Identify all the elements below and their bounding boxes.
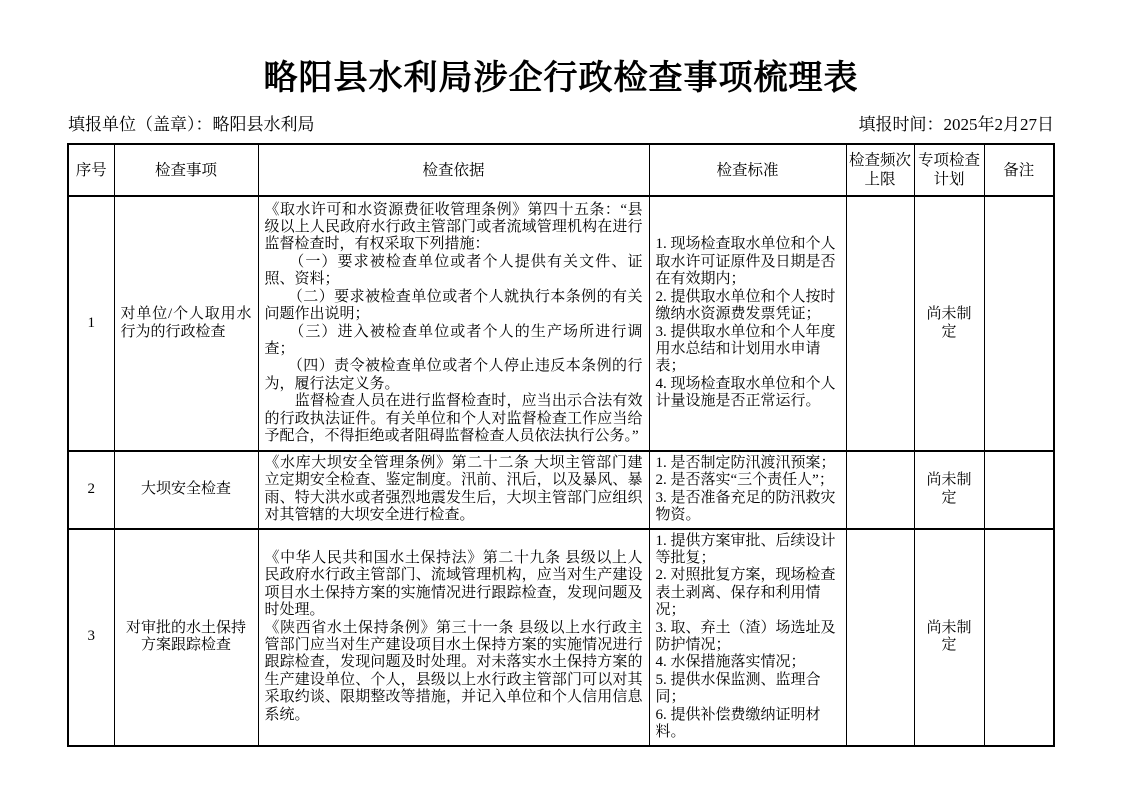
cell-remark [984,196,1054,451]
cell-frequency-limit [846,196,914,451]
col-header-special-plan: 专项检查 计划 [914,144,984,196]
table-header-row: 序号 检查事项 检查依据 检查标准 检查频次 上限 专项检查 计划 备注 [68,144,1054,196]
col-header-inspection-basis: 检查依据 [258,144,649,196]
cell-inspection-item: 对单位/个人取用水行为的行政检查 [114,196,258,451]
cell-remark [984,451,1054,529]
cell-frequency-limit [846,451,914,529]
cell-special-plan: 尚未制定 [914,529,984,746]
meta-row: 填报单位（盖章）：略阳县水利局 填报时间：2025年2月27日 [68,114,1054,136]
reporting-date-label: 填报时间：2025年2月27日 [859,114,1055,136]
cell-inspection-basis: 《取水许可和水资源费征收管理条例》第四十五条：“县级以上人民政府水行政主管部门或… [258,196,649,451]
page-title: 略阳县水利局涉企行政检查事项梳理表 [0,58,1122,100]
table-row: 1 对单位/个人取用水行为的行政检查 《取水许可和水资源费征收管理条例》第四十五… [68,196,1054,451]
table-row: 2 大坝安全检查 《水库大坝安全管理条例》第二十二条 大坝主管部门建立定期安全检… [68,451,1054,529]
cell-inspection-standard: 1. 提供方案审批、后续设计等批复； 2. 对照批复方案，现场检查表土剥离、保存… [649,529,846,746]
cell-inspection-item: 对审批的水土保持方案跟踪检查 [114,529,258,746]
col-header-seq: 序号 [68,144,114,196]
cell-seq: 2 [68,451,114,529]
cell-remark [984,529,1054,746]
table-row: 3 对审批的水土保持方案跟踪检查 《中华人民共和国水土保持法》第二十九条 县级以… [68,529,1054,746]
cell-inspection-item: 大坝安全检查 [114,451,258,529]
reporting-unit-label: 填报单位（盖章）：略阳县水利局 [68,114,315,136]
cell-inspection-basis: 《水库大坝安全管理条例》第二十二条 大坝主管部门建立定期安全检查、鉴定制度。汛前… [258,451,649,529]
col-header-frequency-limit: 检查频次 上限 [846,144,914,196]
col-header-inspection-standard: 检查标准 [649,144,846,196]
col-header-inspection-item: 检查事项 [114,144,258,196]
cell-inspection-standard: 1. 现场检查取水单位和个人取水许可证原件及日期是否在有效期内； 2. 提供取水… [649,196,846,451]
cell-seq: 1 [68,196,114,451]
cell-inspection-basis: 《中华人民共和国水土保持法》第二十九条 县级以上人民政府水行政主管部门、流域管理… [258,529,649,746]
cell-special-plan: 尚未制定 [914,451,984,529]
cell-inspection-standard: 1. 是否制定防汛渡汛预案； 2. 是否落实“三个责任人”； 3. 是否准备充足… [649,451,846,529]
cell-special-plan: 尚未制定 [914,196,984,451]
cell-frequency-limit [846,529,914,746]
col-header-remark: 备注 [984,144,1054,196]
document-page: 略阳县水利局涉企行政检查事项梳理表 填报单位（盖章）：略阳县水利局 填报时间：2… [0,0,1122,793]
cell-seq: 3 [68,529,114,746]
inspection-items-table: 序号 检查事项 检查依据 检查标准 检查频次 上限 专项检查 计划 备注 1 对… [67,143,1055,747]
